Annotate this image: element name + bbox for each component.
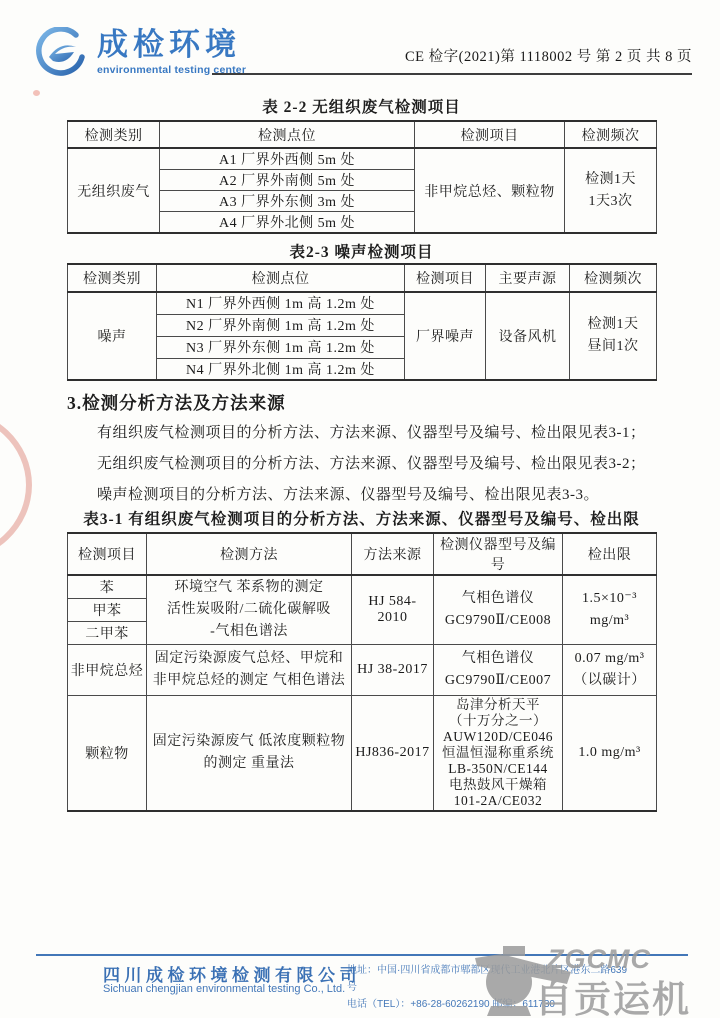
cell-item: 厂界噪声 [405,292,486,380]
stamp-bleed-arc [0,408,32,562]
logo-e-swirl-icon [36,27,88,79]
cell-noise-source: 设备风机 [486,292,570,380]
cell-method: 固定污染源废气 低浓度颗粒物 的测定 重量法 [147,695,352,811]
cell-instrument: 气相色谱仪 GC9790Ⅱ/CE007 [434,644,563,695]
cell-method: 固定污染源废气总烃、甲烷和 非甲烷总烃的测定 气相色谱法 [147,644,352,695]
cell-frequency: 检测1天 1天3次 [565,148,657,233]
watermark-cn-label: 自贡运机 [535,969,691,1018]
table-2-2: 检测类别 检测点位 检测项目 检测频次 无组织废气 A1 厂界外西侧 5m 处 … [67,120,657,234]
cell-method: 环境空气 苯系物的测定 活性炭吸附/二硫化碳解吸 -气相色谱法 [147,575,352,644]
table-row: 无组织废气 A1 厂界外西侧 5m 处 非甲烷总烃、颗粒物 检测1天 1天3次 [68,148,657,170]
table-row: 噪声 N1 厂界外西侧 1m 高 1.2m 处 厂界噪声 设备风机 检测1天 昼… [68,292,657,314]
cell-point: N2 厂界外南侧 1m 高 1.2m 处 [157,314,405,336]
paragraph: 有组织废气检测项目的分析方法、方法来源、仪器型号及编号、检出限见表3-1； [67,418,659,449]
cell-instrument: 气相色谱仪 GC9790Ⅱ/CE008 [434,575,563,644]
table-row: 颗粒物 固定污染源废气 低浓度颗粒物 的测定 重量法 HJ836-2017 岛津… [68,695,657,811]
table-row: 检测类别 检测点位 检测项目 主要声源 检测频次 [68,264,657,292]
report-page: 成检环境 environmental testing center CE 检字(… [0,0,720,1018]
cell-point: N4 厂界外北侧 1m 高 1.2m 处 [157,358,405,380]
watermark: ZGCMC 自贡运机 [475,936,720,1018]
cell-limit: 1.5×10⁻³ mg/m³ [563,575,657,644]
col-header-limit: 检出限 [563,533,657,575]
table-2-3-title: 表2-3 噪声检测项目 [67,240,656,262]
cell-item: 苯 [68,575,147,598]
cell-method-source: HJ 38-2017 [352,644,434,695]
table-row: 苯 环境空气 苯系物的测定 活性炭吸附/二硫化碳解吸 -气相色谱法 HJ 584… [68,575,657,598]
col-header-point: 检测点位 [160,121,415,148]
cell-point: A3 厂界外东侧 3m 处 [160,191,415,212]
table-2-2-title: 表 2-2 无组织废气检测项目 [67,95,656,117]
col-header-source: 主要声源 [486,264,570,292]
cell-category: 无组织废气 [68,148,160,233]
cell-item: 非甲烷总烃 [68,644,147,695]
col-header-item: 检测项目 [68,533,147,575]
document-number: CE 检字(2021)第 1118002 号 第 2 页 共 8 页 [405,45,692,66]
col-header-instrument: 检测仪器型号及编号 [434,533,563,575]
cell-limit: 1.0 mg/m³ [563,695,657,811]
table-row: 非甲烷总烃 固定污染源废气总烃、甲烷和 非甲烷总烃的测定 气相色谱法 HJ 38… [68,644,657,695]
company-logo: 成检环境 environmental testing center [36,27,246,79]
cell-instrument: 岛津分析天平 （十万分之一） AUW120D/CE046 恒温恒湿称重系统 LB… [434,695,563,811]
col-header-method: 检测方法 [147,533,352,575]
col-header-frequency: 检测频次 [565,121,657,148]
col-header-category: 检测类别 [68,264,157,292]
cell-method-source: HJ 584-2010 [352,575,434,644]
table-3-1: 检测项目 检测方法 方法来源 检测仪器型号及编号 检出限 苯 环境空气 苯系物的… [67,532,657,812]
cell-method-source: HJ836-2017 [352,695,434,811]
col-header-category: 检测类别 [68,121,160,148]
col-header-frequency: 检测频次 [570,264,657,292]
logo-cn-label: 成检环境 [97,27,246,63]
cell-item: 颗粒物 [68,695,147,811]
cell-items: 非甲烷总烃、颗粒物 [415,148,565,233]
table-row: 检测项目 检测方法 方法来源 检测仪器型号及编号 检出限 [68,533,657,575]
table-3-1-title: 表3-1 有组织废气检测项目的分析方法、方法来源、仪器型号及编号、检出限 [67,507,656,529]
col-header-item: 检测项目 [405,264,486,292]
section-3-paragraphs: 有组织废气检测项目的分析方法、方法来源、仪器型号及编号、检出限见表3-1； 无组… [67,418,659,511]
table-row: 检测类别 检测点位 检测项目 检测频次 [68,121,657,148]
cell-point: A4 厂界外北侧 5m 处 [160,212,415,234]
cell-point: A2 厂界外南侧 5m 处 [160,170,415,191]
footer-company-en: Sichuan chengjian environmental testing … [103,983,345,995]
cell-point: N3 厂界外东侧 1m 高 1.2m 处 [157,336,405,358]
col-header-point: 检测点位 [157,264,405,292]
col-header-item: 检测项目 [415,121,565,148]
stamp-bleed-dot [33,90,40,96]
cell-item: 甲苯 [68,598,147,621]
col-header-method-source: 方法来源 [352,533,434,575]
cell-point: A1 厂界外西侧 5m 处 [160,148,415,170]
cell-item: 二甲苯 [68,621,147,644]
paragraph: 无组织废气检测项目的分析方法、方法来源、仪器型号及编号、检出限见表3-2； [67,449,659,480]
cell-point: N1 厂界外西侧 1m 高 1.2m 处 [157,292,405,314]
section-3-heading: 3.检测分析方法及方法来源 [67,390,286,415]
table-2-3: 检测类别 检测点位 检测项目 主要声源 检测频次 噪声 N1 厂界外西侧 1m … [67,263,657,381]
logo-text: 成检环境 environmental testing center [97,27,246,76]
cell-category: 噪声 [68,292,157,380]
cell-limit: 0.07 mg/m³ （以碳计） [563,644,657,695]
cell-frequency: 检测1天 昼间1次 [570,292,657,380]
header-divider [212,73,692,75]
